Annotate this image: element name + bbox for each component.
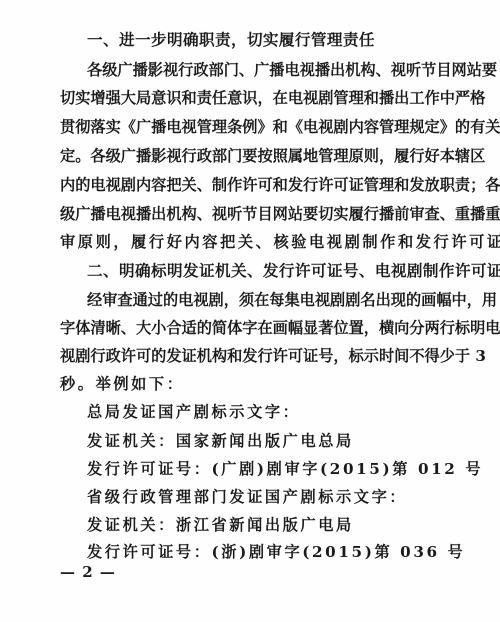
paragraph-line: 经审查通过的电视剧，须在每集电视剧剧名出现的画幅中，用 — [87, 290, 432, 310]
example2-license: 发行许可证号：(浙)剧审字(2015)第 036 号 — [87, 542, 432, 562]
paragraph-line: 内的电视剧内容把关、制作许可和发行许可证管理和发放职责；各 — [60, 175, 432, 195]
section2-heading: 二、明确标明发证机关、发行许可证号、电视剧制作许可证号 — [87, 261, 432, 281]
page-number: — 2 — — [60, 563, 116, 581]
example2-authority: 发证机关：浙江省新闻出版广电局 — [87, 515, 432, 535]
section1-heading: 一、进一步明确职责，切实履行管理责任 — [87, 30, 432, 50]
paragraph-line: 级广播电视播出机构、视听节目网站要切实履行播前审查、重播重 — [60, 204, 432, 224]
example1-authority: 发证机关：国家新闻出版广电总局 — [87, 431, 432, 451]
example1-label: 总局发证国产剧标示文字： — [87, 402, 432, 422]
example2-label: 省级行政管理部门发证国产剧标示文字： — [87, 487, 432, 507]
document-page: 一、进一步明确职责，切实履行管理责任 各级广播影视行政部门、广播电视播出机构、视… — [0, 0, 500, 622]
paragraph-line: 视剧行政许可的发证机构和发行许可证号，标示时间不得少于 3 — [60, 346, 432, 366]
paragraph-line: 审原则，履行好内容把关、核验电视剧制作和发行许可证职责。 — [60, 232, 432, 252]
example1-license: 发行许可证号：(广剧)剧审字(2015)第 012 号 — [87, 459, 432, 479]
paragraph-line: 字体清晰、大小合适的简体字在画幅显著位置，横向分两行标明电 — [60, 318, 432, 338]
paragraph-line: 秒。举例如下： — [60, 374, 432, 394]
paragraph-line: 各级广播影视行政部门、广播电视播出机构、视听节目网站要 — [87, 60, 432, 80]
paragraph-line: 贯彻落实《广播电视管理条例》和《电视剧内容管理规定》的有关规 — [60, 117, 432, 137]
paragraph-line: 切实增强大局意识和责任意识，在电视剧管理和播出工作中严格 — [60, 88, 432, 108]
paragraph-line: 定。各级广播影视行政部门要按照属地管理原则，履行好本辖区 — [60, 146, 432, 166]
